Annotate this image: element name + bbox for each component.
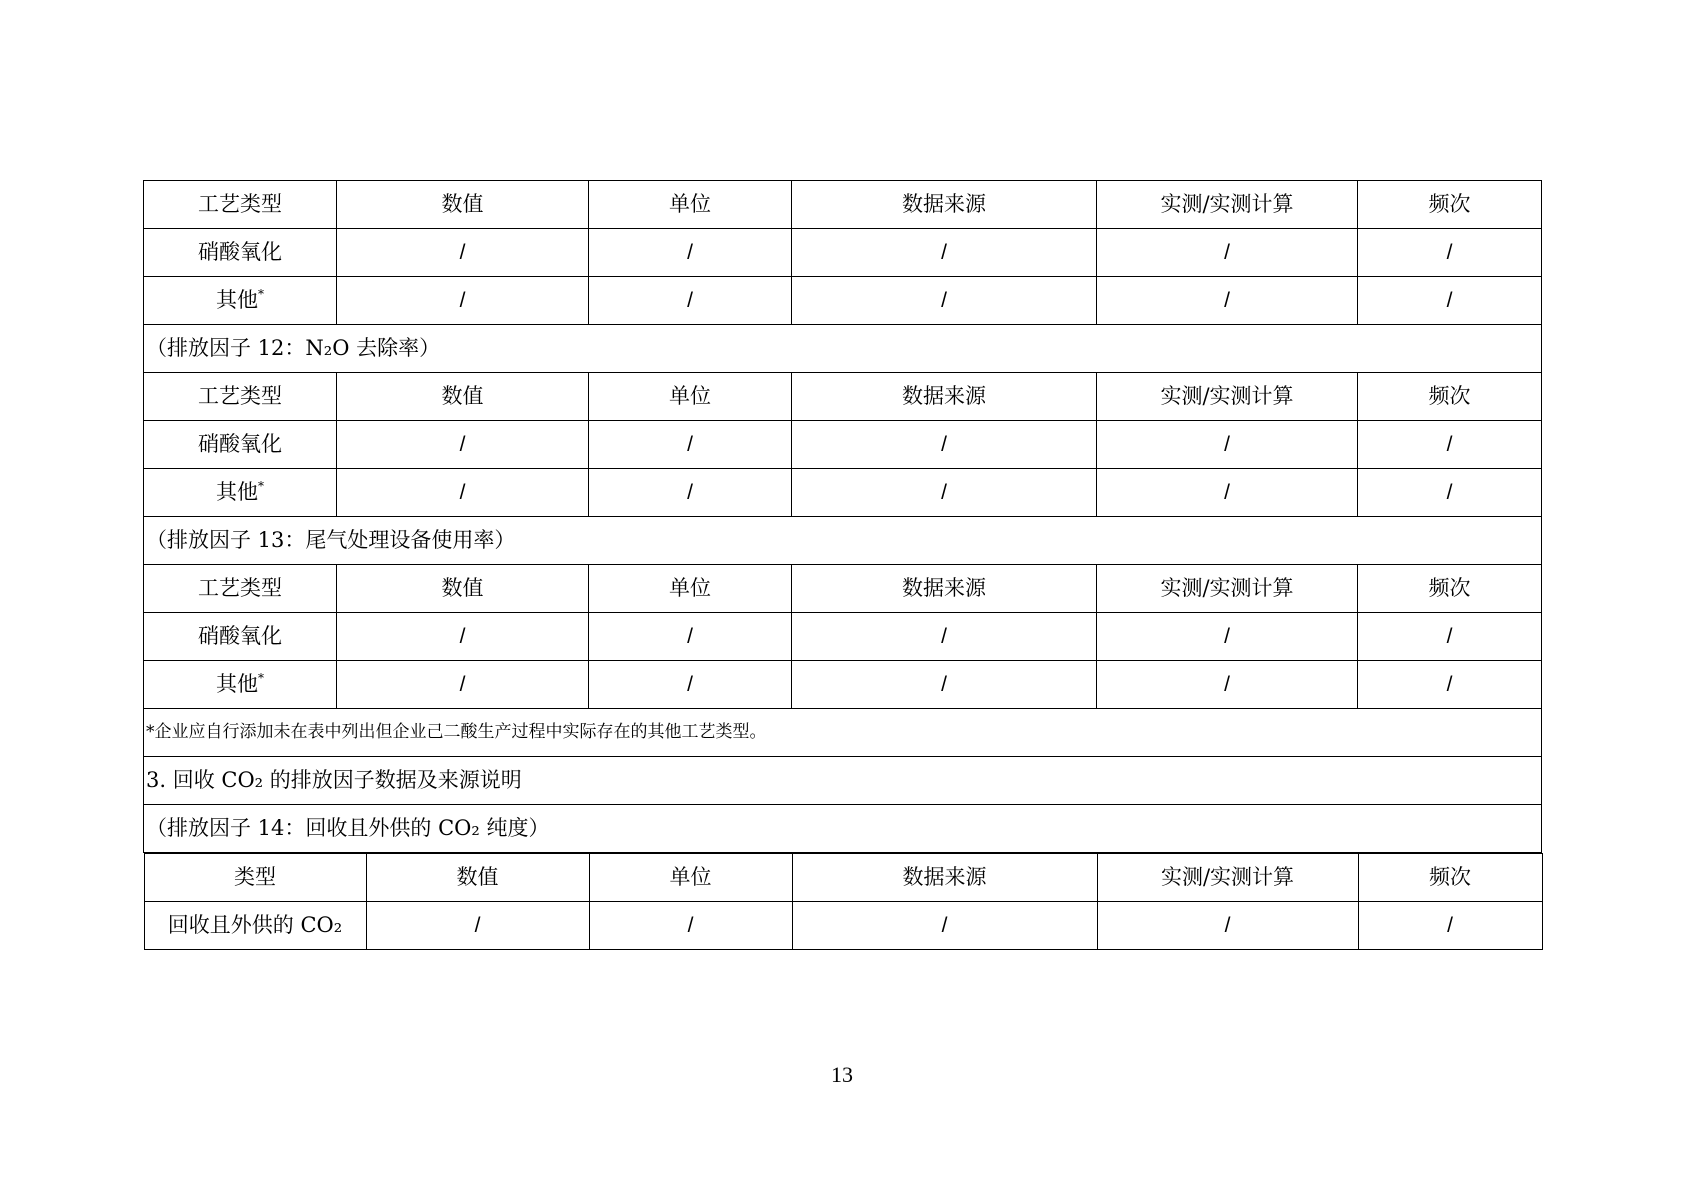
frequency-cell: / [1358, 661, 1542, 709]
source-cell: / [792, 613, 1097, 661]
header-cell: 实测/实测计算 [1097, 181, 1358, 229]
factor-14-heading: （排放因子 14：回收且外供的 CO₂ 纯度） [144, 805, 1542, 853]
section-3-title: 3. 回收 CO₂ 的排放因子数据及来源说明 [144, 757, 1542, 805]
source-cell: / [792, 469, 1097, 517]
measured-cell: / [1097, 613, 1358, 661]
header-cell: 频次 [1358, 373, 1542, 421]
header-cell: 单位 [589, 854, 792, 902]
value-cell: / [366, 902, 589, 950]
source-cell: / [792, 229, 1097, 277]
footnote-row: *企业应自行添加未在表中列出但企业己二酸生产过程中实际存在的其他工艺类型。 [144, 709, 1542, 757]
header-cell: 单位 [589, 373, 792, 421]
header-cell: 实测/实测计算 [1097, 854, 1358, 902]
co2-purity-table: 类型 数值 单位 数据来源 实测/实测计算 频次 回收且外供的 CO₂ / / … [144, 853, 1543, 950]
footnote: *企业应自行添加未在表中列出但企业己二酸生产过程中实际存在的其他工艺类型。 [144, 709, 1542, 757]
section-heading-row: （排放因子 13：尾气处理设备使用率） [144, 517, 1542, 565]
section-heading-row: （排放因子 12：N₂O 去除率） [144, 325, 1542, 373]
header-cell: 数据来源 [792, 565, 1097, 613]
header-cell: 工艺类型 [144, 181, 337, 229]
source-cell: / [792, 277, 1097, 325]
table-header-row: 工艺类型 数值 单位 数据来源 实测/实测计算 频次 [144, 373, 1542, 421]
unit-cell: / [589, 661, 792, 709]
table-row: 其他* / / / / / [144, 469, 1542, 517]
measured-cell: / [1097, 661, 1358, 709]
page-number: 13 [0, 1062, 1684, 1088]
header-cell: 数值 [366, 854, 589, 902]
unit-cell: / [589, 421, 792, 469]
header-cell: 单位 [589, 181, 792, 229]
table-header-row: 工艺类型 数值 单位 数据来源 实测/实测计算 频次 [144, 181, 1542, 229]
measured-cell: / [1097, 469, 1358, 517]
process-type-cell: 硝酸氧化 [144, 421, 337, 469]
measured-cell: / [1097, 229, 1358, 277]
table-row: 回收且外供的 CO₂ / / / / / [144, 902, 1542, 950]
frequency-cell: / [1358, 277, 1542, 325]
unit-cell: / [589, 277, 792, 325]
process-type-cell: 其他* [144, 469, 337, 517]
table-header-row: 类型 数值 单位 数据来源 实测/实测计算 频次 [144, 854, 1542, 902]
header-cell: 实测/实测计算 [1097, 565, 1358, 613]
header-cell: 频次 [1358, 854, 1542, 902]
factor-12-heading: （排放因子 12：N₂O 去除率） [144, 325, 1542, 373]
unit-cell: / [589, 469, 792, 517]
source-cell: / [792, 661, 1097, 709]
value-cell: / [337, 613, 589, 661]
frequency-cell: / [1358, 469, 1542, 517]
source-cell: / [792, 902, 1097, 950]
measured-cell: / [1097, 902, 1358, 950]
value-cell: / [337, 661, 589, 709]
process-type-cell: 硝酸氧化 [144, 229, 337, 277]
measured-cell: / [1097, 277, 1358, 325]
table-row: 其他* / / / / / [144, 661, 1542, 709]
process-type-cell: 硝酸氧化 [144, 613, 337, 661]
table-row: 其他* / / / / / [144, 277, 1542, 325]
footnote-marker: * [258, 287, 264, 301]
header-cell: 类型 [144, 854, 366, 902]
frequency-cell: / [1358, 613, 1542, 661]
process-type-cell: 其他* [144, 661, 337, 709]
unit-cell: / [589, 613, 792, 661]
process-type-cell: 其他* [144, 277, 337, 325]
frequency-cell: / [1358, 421, 1542, 469]
header-cell: 数值 [337, 565, 589, 613]
value-cell: / [337, 229, 589, 277]
frequency-cell: / [1358, 229, 1542, 277]
factor-13-heading: （排放因子 13：尾气处理设备使用率） [144, 517, 1542, 565]
header-cell: 数值 [337, 373, 589, 421]
value-cell: / [337, 277, 589, 325]
frequency-cell: / [1358, 902, 1542, 950]
section-heading-row: （排放因子 14：回收且外供的 CO₂ 纯度） [144, 805, 1542, 853]
header-cell: 工艺类型 [144, 373, 337, 421]
emission-factor-table: 工艺类型 数值 单位 数据来源 实测/实测计算 频次 硝酸氧化 / / / / … [143, 180, 1542, 950]
table-header-row: 工艺类型 数值 单位 数据来源 实测/实测计算 频次 [144, 565, 1542, 613]
value-cell: / [337, 421, 589, 469]
co2-subtable-container: 类型 数值 单位 数据来源 实测/实测计算 频次 回收且外供的 CO₂ / / … [144, 853, 1542, 951]
header-cell: 数据来源 [792, 181, 1097, 229]
header-cell: 数据来源 [792, 373, 1097, 421]
header-cell: 频次 [1358, 181, 1542, 229]
section-title-row: 3. 回收 CO₂ 的排放因子数据及来源说明 [144, 757, 1542, 805]
footnote-marker: * [258, 671, 264, 685]
table-row: 硝酸氧化 / / / / / [144, 613, 1542, 661]
type-cell: 回收且外供的 CO₂ [144, 902, 366, 950]
header-cell: 单位 [589, 565, 792, 613]
header-cell: 频次 [1358, 565, 1542, 613]
table-row: 硝酸氧化 / / / / / [144, 229, 1542, 277]
unit-cell: / [589, 902, 792, 950]
value-cell: / [337, 469, 589, 517]
measured-cell: / [1097, 421, 1358, 469]
co2-subtable-row: 类型 数值 单位 数据来源 实测/实测计算 频次 回收且外供的 CO₂ / / … [144, 853, 1542, 951]
header-cell: 工艺类型 [144, 565, 337, 613]
footnote-marker: * [258, 479, 264, 493]
table-row: 硝酸氧化 / / / / / [144, 421, 1542, 469]
header-cell: 实测/实测计算 [1097, 373, 1358, 421]
unit-cell: / [589, 229, 792, 277]
source-cell: / [792, 421, 1097, 469]
header-cell: 数据来源 [792, 854, 1097, 902]
header-cell: 数值 [337, 181, 589, 229]
